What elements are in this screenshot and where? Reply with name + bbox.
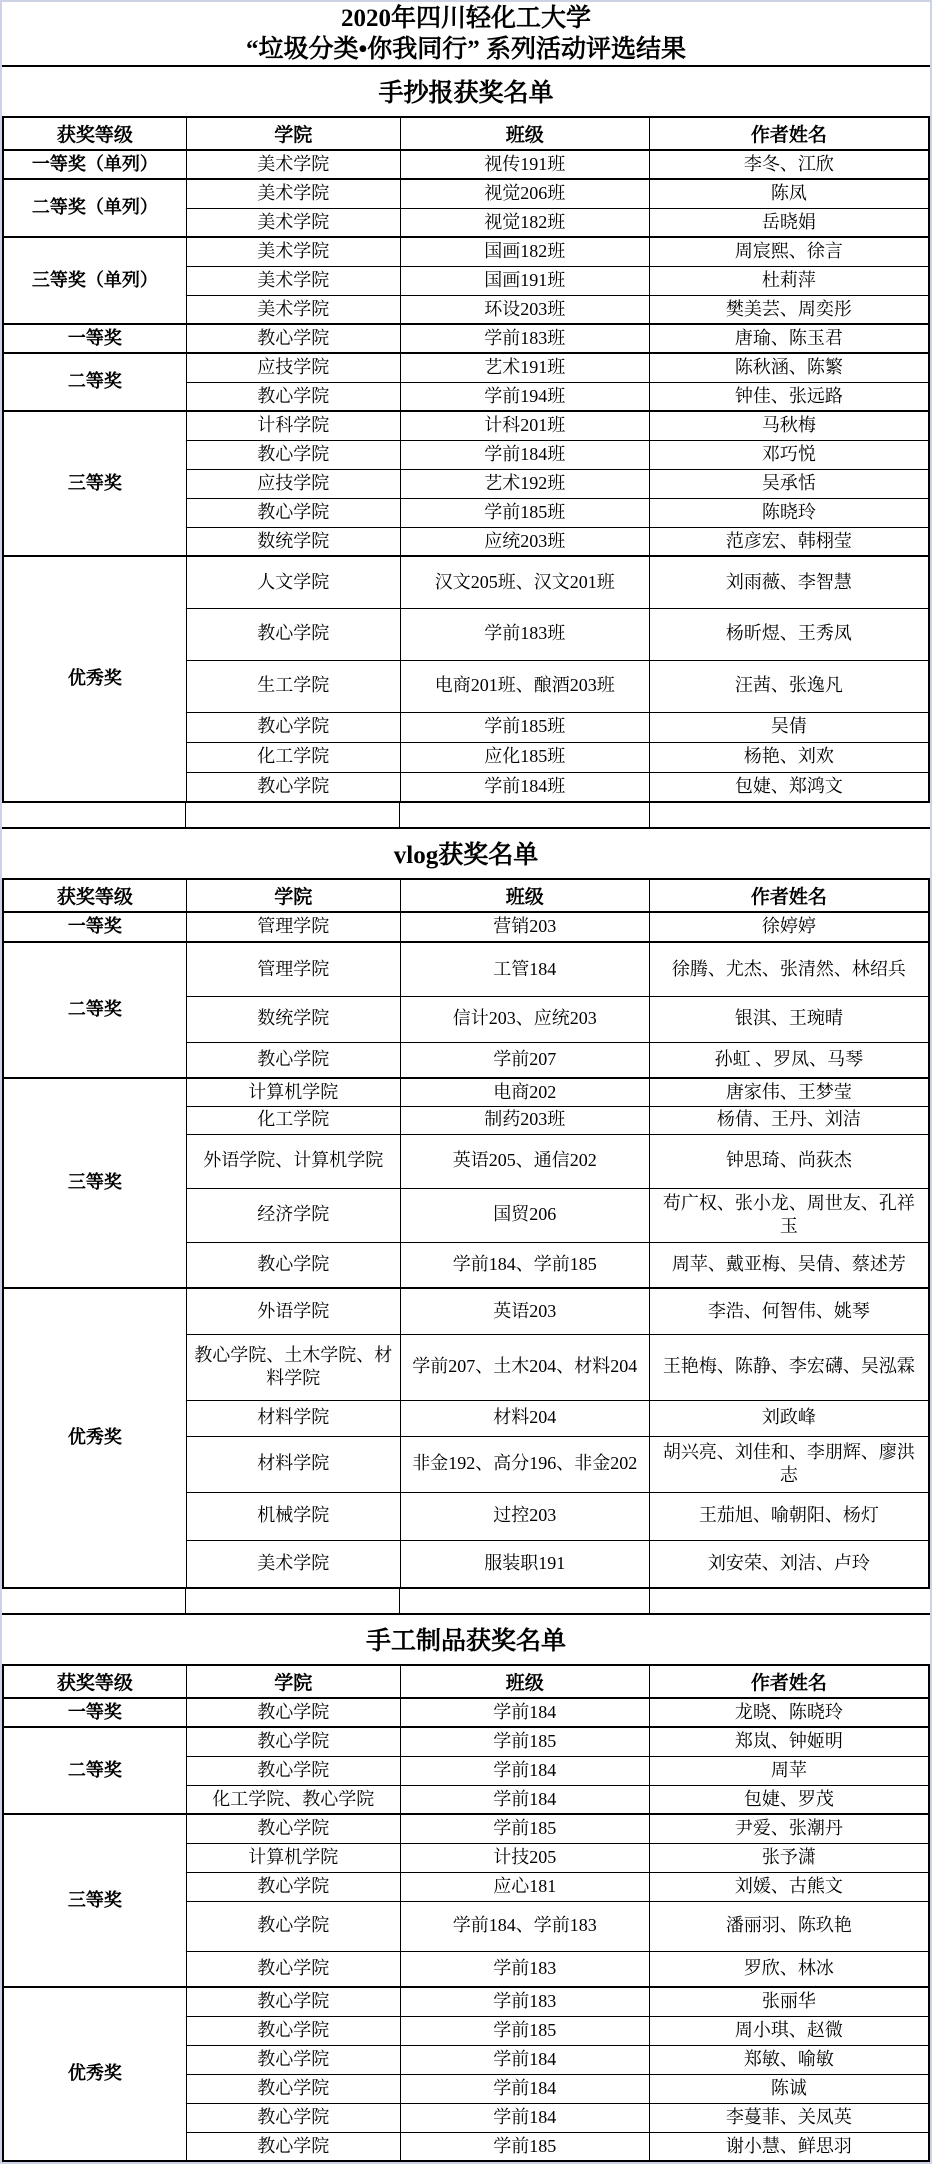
college-cell: 教心学院 <box>186 1872 400 1901</box>
class-cell: 学前184班 <box>400 772 649 802</box>
authors-cell: 李浩、何智伟、姚琴 <box>649 1288 929 1334</box>
authors-cell: 包婕、罗茂 <box>649 1785 929 1814</box>
col-header-authors: 作者姓名 <box>649 1665 929 1698</box>
authors-cell: 刘安荣、刘洁、卢玲 <box>649 1540 929 1588</box>
col-header-grade: 获奖等级 <box>3 117 186 150</box>
table-row: 优秀奖教心学院学前183张丽华 <box>3 1987 929 2016</box>
college-cell: 应技学院 <box>186 469 400 498</box>
grade-cell: 三等奖（单列） <box>3 237 186 324</box>
authors-cell: 郑敏、喻敏 <box>649 2045 929 2074</box>
class-cell: 学前207、土木204、材料204 <box>400 1334 649 1400</box>
authors-cell: 唐瑜、陈玉君 <box>649 324 929 353</box>
table-row: 三等奖计算机学院电商202唐家伟、王梦莹 <box>3 1078 929 1106</box>
page-title-line2: “垃圾分类•你我同行” 系列活动评选结果 <box>2 34 930 65</box>
section-handmade-crafts: 手工制品获奖名单 获奖等级 学院 班级 作者姓名 一等奖教心学院学前184龙晓、… <box>2 1613 930 2162</box>
class-cell: 学前194班 <box>400 382 649 411</box>
college-cell: 生工学院 <box>186 660 400 712</box>
college-cell: 经济学院 <box>186 1188 400 1242</box>
authors-cell: 马秋梅 <box>649 411 929 440</box>
grade-cell: 一等奖 <box>3 324 186 353</box>
college-cell: 材料学院 <box>186 1400 400 1436</box>
table-row: 一等奖教心学院学前184龙晓、陈晓玲 <box>3 1698 929 1727</box>
class-cell: 艺术192班 <box>400 469 649 498</box>
class-cell: 国画191班 <box>400 266 649 295</box>
class-cell: 电商201班、酿酒203班 <box>400 660 649 712</box>
authors-cell: 周宸熙、徐言 <box>649 237 929 266</box>
class-cell: 英语203 <box>400 1288 649 1334</box>
college-cell: 教心学院 <box>186 1901 400 1951</box>
college-cell: 应技学院 <box>186 353 400 382</box>
authors-cell: 刘政峰 <box>649 1400 929 1436</box>
class-cell: 国画182班 <box>400 237 649 266</box>
college-cell: 人文学院 <box>186 556 400 608</box>
header-row: 获奖等级 学院 班级 作者姓名 <box>3 117 929 150</box>
college-cell: 管理学院 <box>186 912 400 942</box>
authors-cell: 陈秋涵、陈繁 <box>649 353 929 382</box>
college-cell: 管理学院 <box>186 942 400 996</box>
col-header-class: 班级 <box>400 117 649 150</box>
college-cell: 教心学院 <box>186 324 400 353</box>
class-cell: 学前184 <box>400 1785 649 1814</box>
grade-cell: 二等奖 <box>3 353 186 411</box>
authors-cell: 王茄旭、喻朝阳、杨灯 <box>649 1492 929 1540</box>
table-row: 一等奖管理学院营销203徐婷婷 <box>3 912 929 942</box>
authors-cell: 谢小慧、鲜思羽 <box>649 2132 929 2161</box>
college-cell: 教心学院 <box>186 2045 400 2074</box>
class-cell: 信计203、应统203 <box>400 996 649 1042</box>
grade-cell: 二等奖 <box>3 942 186 1078</box>
class-cell: 学前184、学前183 <box>400 1901 649 1951</box>
class-cell: 材料204 <box>400 1400 649 1436</box>
class-cell: 环设203班 <box>400 295 649 324</box>
college-cell: 教心学院 <box>186 382 400 411</box>
class-cell: 汉文205班、汉文201班 <box>400 556 649 608</box>
class-cell: 应心181 <box>400 1872 649 1901</box>
class-cell: 视觉182班 <box>400 208 649 237</box>
college-cell: 教心学院、土木学院、材料学院 <box>186 1334 400 1400</box>
class-cell: 学前184 <box>400 2045 649 2074</box>
college-cell: 美术学院 <box>186 208 400 237</box>
class-cell: 学前185班 <box>400 498 649 527</box>
authors-cell: 张予潇 <box>649 1843 929 1872</box>
authors-cell: 徐腾、尤杰、张清然、林绍兵 <box>649 942 929 996</box>
results-document: 2020年四川轻化工大学 “垃圾分类•你我同行” 系列活动评选结果 手抄报获奖名… <box>0 0 932 2164</box>
college-cell: 数统学院 <box>186 527 400 556</box>
class-cell: 学前183班 <box>400 324 649 353</box>
authors-cell: 银淇、王琬晴 <box>649 996 929 1042</box>
class-cell: 学前207 <box>400 1042 649 1078</box>
class-cell: 学前183 <box>400 1987 649 2016</box>
grade-cell: 一等奖 <box>3 1698 186 1727</box>
authors-cell: 钟佳、张远路 <box>649 382 929 411</box>
college-cell: 美术学院 <box>186 1540 400 1588</box>
table-row: 一等奖（单列）美术学院视传191班李冬、江欣 <box>3 150 929 179</box>
table-gap <box>2 803 930 827</box>
class-cell: 学前184 <box>400 2103 649 2132</box>
authors-cell: 杜莉萍 <box>649 266 929 295</box>
college-cell: 教心学院 <box>186 1698 400 1727</box>
college-cell: 教心学院 <box>186 1951 400 1987</box>
table-header: 获奖等级 学院 班级 作者姓名 <box>3 1665 929 1698</box>
class-cell: 应统203班 <box>400 527 649 556</box>
class-cell: 学前185 <box>400 2132 649 2161</box>
college-cell: 美术学院 <box>186 266 400 295</box>
college-cell: 计算机学院 <box>186 1843 400 1872</box>
authors-cell: 周小琪、赵微 <box>649 2016 929 2045</box>
college-cell: 教心学院 <box>186 1042 400 1078</box>
page-title: 2020年四川轻化工大学 “垃圾分类•你我同行” 系列活动评选结果 <box>2 2 930 65</box>
college-cell: 教心学院 <box>186 1987 400 2016</box>
grade-cell: 三等奖 <box>3 1814 186 1987</box>
class-cell: 学前184、学前185 <box>400 1242 649 1288</box>
college-cell: 计科学院 <box>186 411 400 440</box>
table-row: 二等奖应技学院艺术191班陈秋涵、陈繁 <box>3 353 929 382</box>
class-cell: 学前184 <box>400 2074 649 2103</box>
authors-cell: 陈凤 <box>649 179 929 208</box>
class-cell: 非金192、高分196、非金202 <box>400 1436 649 1492</box>
grade-cell: 三等奖 <box>3 411 186 556</box>
authors-cell: 吴倩 <box>649 712 929 742</box>
table-header: 获奖等级 学院 班级 作者姓名 <box>3 117 929 150</box>
authors-cell: 包婕、郑鸿文 <box>649 772 929 802</box>
authors-cell: 岳晓娟 <box>649 208 929 237</box>
class-cell: 制药203班 <box>400 1106 649 1134</box>
grade-cell: 优秀奖 <box>3 1288 186 1588</box>
college-cell: 教心学院 <box>186 1814 400 1843</box>
authors-cell: 龙晓、陈晓玲 <box>649 1698 929 1727</box>
college-cell: 教心学院 <box>186 440 400 469</box>
col-header-class: 班级 <box>400 1665 649 1698</box>
college-cell: 教心学院 <box>186 1756 400 1785</box>
class-cell: 英语205、通信202 <box>400 1134 649 1188</box>
table-row: 优秀奖人文学院汉文205班、汉文201班刘雨薇、李智慧 <box>3 556 929 608</box>
college-cell: 计算机学院 <box>186 1078 400 1106</box>
section-vlog: vlog获奖名单 获奖等级 学院 班级 作者姓名 一等奖管理学院营销203徐婷婷… <box>2 827 930 1613</box>
class-cell: 计技205 <box>400 1843 649 1872</box>
award-table: 获奖等级 学院 班级 作者姓名 一等奖（单列）美术学院视传191班李冬、江欣二等… <box>2 116 930 803</box>
college-cell: 数统学院 <box>186 996 400 1042</box>
college-cell: 外语学院、计算机学院 <box>186 1134 400 1188</box>
authors-cell: 樊美芸、周奕彤 <box>649 295 929 324</box>
class-cell: 应化185班 <box>400 742 649 772</box>
table-row: 优秀奖外语学院英语203李浩、何智伟、姚琴 <box>3 1288 929 1334</box>
award-table: 获奖等级 学院 班级 作者姓名 一等奖管理学院营销203徐婷婷二等奖管理学院工管… <box>2 878 930 1589</box>
class-cell: 艺术191班 <box>400 353 649 382</box>
college-cell: 教心学院 <box>186 2132 400 2161</box>
college-cell: 美术学院 <box>186 179 400 208</box>
header-row: 获奖等级 学院 班级 作者姓名 <box>3 1665 929 1698</box>
page-title-line1: 2020年四川轻化工大学 <box>2 3 930 34</box>
authors-cell: 李蔓菲、关凤英 <box>649 2103 929 2132</box>
class-cell: 学前185 <box>400 2016 649 2045</box>
table-row: 二等奖管理学院工管184徐腾、尤杰、张清然、林绍兵 <box>3 942 929 996</box>
authors-cell: 罗欣、林冰 <box>649 1951 929 1987</box>
class-cell: 营销203 <box>400 912 649 942</box>
grade-cell: 一等奖 <box>3 912 186 942</box>
class-cell: 学前184班 <box>400 440 649 469</box>
college-cell: 教心学院 <box>186 1242 400 1288</box>
college-cell: 材料学院 <box>186 1436 400 1492</box>
college-cell: 化工学院、教心学院 <box>186 1785 400 1814</box>
section-title: vlog获奖名单 <box>2 827 930 878</box>
college-cell: 化工学院 <box>186 742 400 772</box>
class-cell: 视觉206班 <box>400 179 649 208</box>
table-row: 二等奖（单列）美术学院视觉206班陈凤 <box>3 179 929 208</box>
authors-cell: 孙虹 、罗凤、马琴 <box>649 1042 929 1078</box>
college-cell: 教心学院 <box>186 712 400 742</box>
college-cell: 教心学院 <box>186 2074 400 2103</box>
class-cell: 学前184 <box>400 1756 649 1785</box>
col-header-college: 学院 <box>186 879 400 912</box>
col-header-college: 学院 <box>186 1665 400 1698</box>
authors-cell: 钟思琦、尚荻杰 <box>649 1134 929 1188</box>
college-cell: 美术学院 <box>186 237 400 266</box>
authors-cell: 刘媛、古熊文 <box>649 1872 929 1901</box>
class-cell: 学前185 <box>400 1814 649 1843</box>
table-header: 获奖等级 学院 班级 作者姓名 <box>3 879 929 912</box>
authors-cell: 邓巧悦 <box>649 440 929 469</box>
class-cell: 电商202 <box>400 1078 649 1106</box>
section-title: 手抄报获奖名单 <box>2 65 930 116</box>
authors-cell: 杨倩、王丹、刘洁 <box>649 1106 929 1134</box>
authors-cell: 吴承恬 <box>649 469 929 498</box>
authors-cell: 胡兴亮、刘佳和、李朋辉、廖洪志 <box>649 1436 929 1492</box>
grade-cell: 优秀奖 <box>3 1987 186 2161</box>
table-row: 三等奖教心学院学前185尹爱、张潮丹 <box>3 1814 929 1843</box>
section-handdrawn-poster: 手抄报获奖名单 获奖等级 学院 班级 作者姓名 一等奖（单列）美术学院视传191… <box>2 65 930 827</box>
college-cell: 教心学院 <box>186 772 400 802</box>
col-header-authors: 作者姓名 <box>649 117 929 150</box>
col-header-grade: 获奖等级 <box>3 1665 186 1698</box>
college-cell: 美术学院 <box>186 150 400 179</box>
table-row: 三等奖计科学院计科201班马秋梅 <box>3 411 929 440</box>
header-row: 获奖等级 学院 班级 作者姓名 <box>3 879 929 912</box>
authors-cell: 尹爱、张潮丹 <box>649 1814 929 1843</box>
table-row: 二等奖教心学院学前185郑岚、钟姬明 <box>3 1727 929 1756</box>
grade-cell: 二等奖 <box>3 1727 186 1814</box>
authors-cell: 杨昕煜、王秀凤 <box>649 608 929 660</box>
college-cell: 化工学院 <box>186 1106 400 1134</box>
class-cell: 服装职191 <box>400 1540 649 1588</box>
college-cell: 教心学院 <box>186 608 400 660</box>
award-table: 获奖等级 学院 班级 作者姓名 一等奖教心学院学前184龙晓、陈晓玲二等奖教心学… <box>2 1664 930 2162</box>
authors-cell: 周苹 <box>649 1756 929 1785</box>
authors-cell: 苟广权、张小龙、周世友、孔祥玉 <box>649 1188 929 1242</box>
authors-cell: 范彦宏、韩栩莹 <box>649 527 929 556</box>
table-gap <box>2 1589 930 1613</box>
col-header-college: 学院 <box>186 117 400 150</box>
class-cell: 工管184 <box>400 942 649 996</box>
authors-cell: 陈晓玲 <box>649 498 929 527</box>
college-cell: 机械学院 <box>186 1492 400 1540</box>
authors-cell: 唐家伟、王梦莹 <box>649 1078 929 1106</box>
class-cell: 视传191班 <box>400 150 649 179</box>
class-cell: 学前185班 <box>400 712 649 742</box>
grade-cell: 三等奖 <box>3 1078 186 1288</box>
authors-cell: 杨艳、刘欢 <box>649 742 929 772</box>
class-cell: 计科201班 <box>400 411 649 440</box>
authors-cell: 潘丽羽、陈玖艳 <box>649 1901 929 1951</box>
authors-cell: 刘雨薇、李智慧 <box>649 556 929 608</box>
authors-cell: 张丽华 <box>649 1987 929 2016</box>
authors-cell: 徐婷婷 <box>649 912 929 942</box>
grade-cell: 一等奖（单列） <box>3 150 186 179</box>
grade-cell: 优秀奖 <box>3 556 186 802</box>
college-cell: 美术学院 <box>186 295 400 324</box>
table-row: 一等奖教心学院学前183班唐瑜、陈玉君 <box>3 324 929 353</box>
col-header-grade: 获奖等级 <box>3 879 186 912</box>
college-cell: 外语学院 <box>186 1288 400 1334</box>
college-cell: 教心学院 <box>186 2016 400 2045</box>
class-cell: 国贸206 <box>400 1188 649 1242</box>
college-cell: 教心学院 <box>186 2103 400 2132</box>
col-header-authors: 作者姓名 <box>649 879 929 912</box>
class-cell: 学前183班 <box>400 608 649 660</box>
authors-cell: 汪茜、张逸凡 <box>649 660 929 712</box>
authors-cell: 王艳梅、陈静、李宏礴、吴泓霖 <box>649 1334 929 1400</box>
grade-cell: 二等奖（单列） <box>3 179 186 237</box>
class-cell: 学前185 <box>400 1727 649 1756</box>
authors-cell: 郑岚、钟姬明 <box>649 1727 929 1756</box>
authors-cell: 陈诚 <box>649 2074 929 2103</box>
class-cell: 过控203 <box>400 1492 649 1540</box>
class-cell: 学前184 <box>400 1698 649 1727</box>
college-cell: 教心学院 <box>186 498 400 527</box>
authors-cell: 李冬、江欣 <box>649 150 929 179</box>
class-cell: 学前183 <box>400 1951 649 1987</box>
authors-cell: 周苹、戴亚梅、吴倩、蔡述芳 <box>649 1242 929 1288</box>
college-cell: 教心学院 <box>186 1727 400 1756</box>
col-header-class: 班级 <box>400 879 649 912</box>
table-row: 三等奖（单列）美术学院国画182班周宸熙、徐言 <box>3 237 929 266</box>
section-title: 手工制品获奖名单 <box>2 1613 930 1664</box>
